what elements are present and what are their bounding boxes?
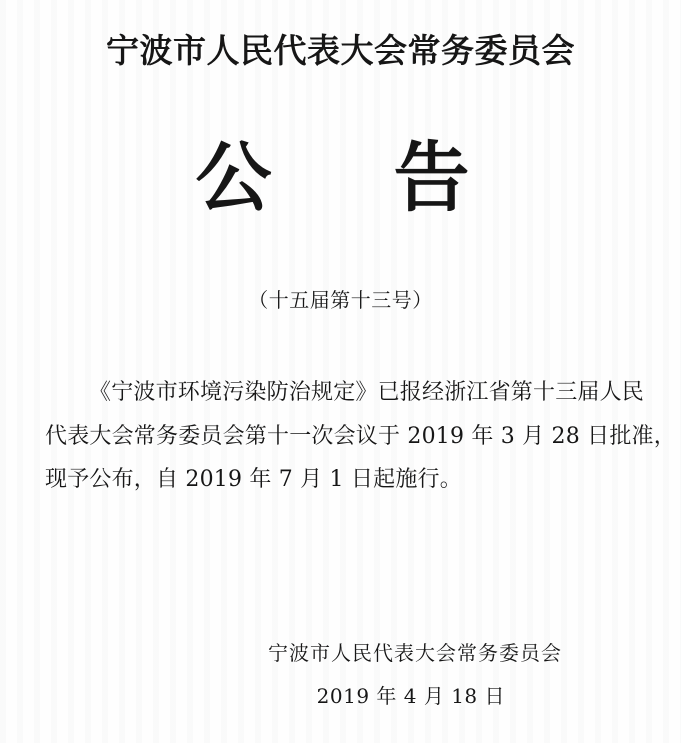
signature-date: 2019 年 4 月 18 日 [0,679,681,713]
body-line-1: 《宁波市环境污染防治规定》已报经浙江省第十三届人民 [45,371,643,415]
doc-title-char-right: 告 [394,133,470,223]
signature-name: 宁波市人民代表大会常务委员会 [0,636,681,670]
body-line-2: 代表大会常务委员会第十一次会议于 2019 年 3 月 28 日批准， [45,415,643,459]
doc-title-char-left: 公 [196,133,272,223]
signature-block: 宁波市人民代表大会常务委员会 2019 年 4 月 18 日 [0,636,681,713]
doc-title: 公 告 [0,133,681,223]
document-page: 宁波市人民代表大会常务委员会 公 告 （十五届第十三号） 《宁波市环境污染防治规… [0,0,681,743]
body-line-3: 现予公布，自 2019 年 7 月 1 日起施行。 [45,458,643,502]
body-paragraph: 《宁波市环境污染防治规定》已报经浙江省第十三届人民 代表大会常务委员会第十一次会… [45,371,643,502]
org-title: 宁波市人民代表大会常务委员会 [0,30,681,71]
doc-number: （十五届第十三号） [0,285,681,315]
